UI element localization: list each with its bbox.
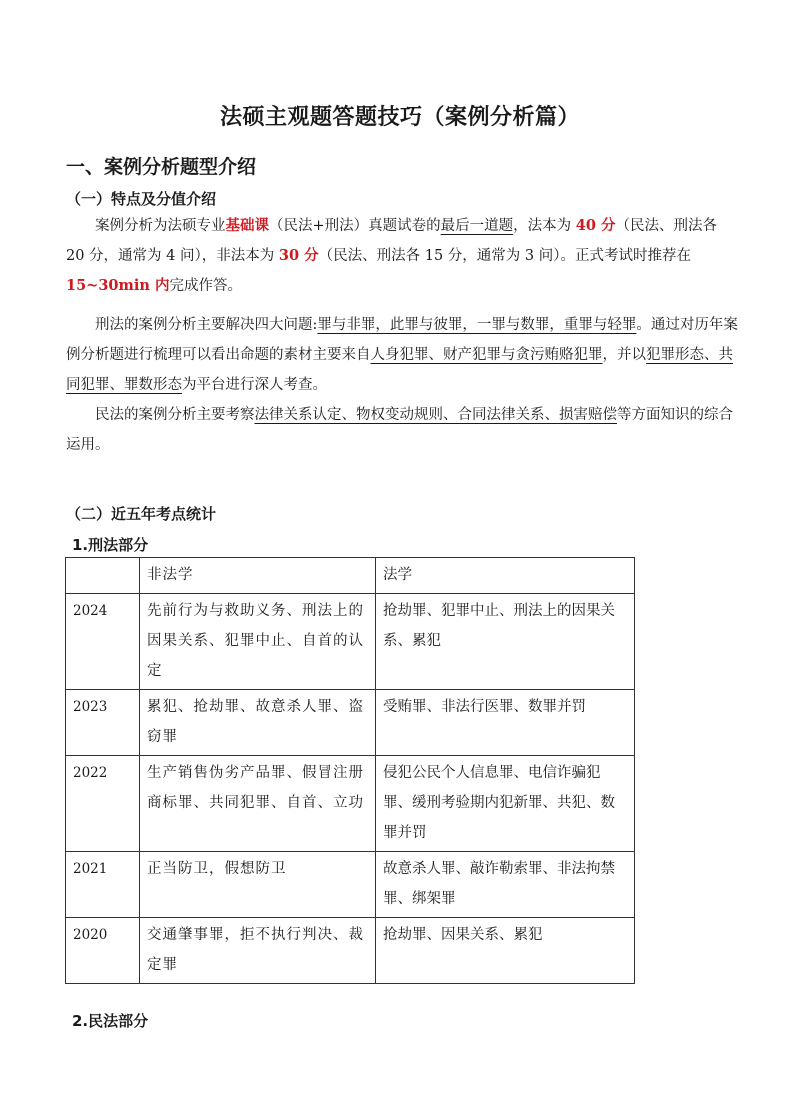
table-row: 2022 生产销售伪劣产品罪、假冒注册商标罪、共同犯罪、自首、立功 侵犯公民个人… (66, 756, 635, 852)
cell-law: 抢劫罪、因果关系、累犯 (376, 918, 635, 984)
text: （民法、刑法各 15 分，通常为 3 问）。正式考试时推荐在 (319, 248, 691, 264)
cell-year: 2020 (66, 918, 140, 984)
cell-year: 2022 (66, 756, 140, 852)
underline-civil-topics: 法律关系认定、物权变动规则、合同法律关系、损害赔偿 (255, 407, 618, 423)
underline-crime-sources: 人身犯罪、财产犯罪与贪污贿赂犯罪 (371, 347, 603, 363)
underline-last-question: 最后一道题 (441, 218, 514, 234)
cell-law: 故意杀人罪、敲诈勒索罪、非法拘禁罪、绑架罪 (376, 852, 635, 918)
cell-year: 2021 (66, 852, 140, 918)
text: ，法本为 (513, 218, 576, 234)
text: ，并以 (603, 347, 647, 363)
text: 案例分析为法硕专业 (95, 218, 226, 234)
section-heading-intro: 一、案例分析题型介绍 (66, 152, 256, 179)
cell-year: 2024 (66, 594, 140, 690)
header-cell-law: 法学 (376, 558, 635, 594)
table-row: 2021 正当防卫，假想防卫 故意杀人罪、敲诈勒索罪、非法拘禁罪、绑架罪 (66, 852, 635, 918)
table-row: 2020 交通肇事罪，拒不执行判决、裁定罪 抢劫罪、因果关系、累犯 (66, 918, 635, 984)
cell-non-law: 累犯、抢劫罪、故意杀人罪、盗窃罪 (140, 690, 376, 756)
text: 刑法的案例分析主要解决四大问题: (95, 317, 317, 333)
cell-law: 侵犯公民个人信息罪、电信诈骗犯罪、缓刑考验期内犯新罪、共犯、数罪并罚 (376, 756, 635, 852)
table-header-row: 非法学 法学 (66, 558, 635, 594)
paragraph-score-intro: 案例分析为法硕专业基础课（民法+刑法）真题试卷的最后一道题，法本为 40 分（民… (66, 211, 738, 301)
document-title: 法硕主观题答题技巧（案例分析篇） (0, 100, 800, 131)
part-heading-civil: 2.民法部分 (72, 1010, 148, 1031)
cell-law: 受贿罪、非法行医罪、数罪并罚 (376, 690, 635, 756)
text: 民法的案例分析主要考察 (95, 407, 255, 423)
paragraph-criminal-law: 刑法的案例分析主要解决四大问题:罪与非罪，此罪与彼罪，一罪与数罪，重罪与轻罪。通… (66, 310, 738, 460)
cell-non-law: 生产销售伪劣产品罪、假冒注册商标罪、共同犯罪、自首、立功 (140, 756, 376, 852)
header-cell-year (66, 558, 140, 594)
highlight-basic-course: 基础课 (226, 217, 270, 234)
cell-year: 2023 (66, 690, 140, 756)
text: 完成作答。 (169, 278, 242, 294)
header-cell-non-law: 非法学 (140, 558, 376, 594)
table-row: 2024 先前行为与救助义务、刑法上的因果关系、犯罪中止、自首的认定 抢劫罪、犯… (66, 594, 635, 690)
highlight-law-score: 40 分 (576, 217, 616, 234)
cell-non-law: 交通肇事罪，拒不执行判决、裁定罪 (140, 918, 376, 984)
part-heading-criminal: 1.刑法部分 (72, 534, 148, 555)
text: （民法+刑法）真题试卷的 (269, 218, 441, 234)
underline-four-issues: 罪与非罪，此罪与彼罪，一罪与数罪，重罪与轻罪 (317, 317, 636, 333)
text: 为平台进行深人考查。 (182, 377, 327, 393)
cell-non-law: 正当防卫，假想防卫 (140, 852, 376, 918)
cell-law: 抢劫罪、犯罪中止、刑法上的因果关系、累犯 (376, 594, 635, 690)
subsection-heading-stats: （二）近五年考点统计 (66, 503, 216, 524)
cell-non-law: 先前行为与救助义务、刑法上的因果关系、犯罪中止、自首的认定 (140, 594, 376, 690)
subsection-heading-features: （一）特点及分值介绍 (66, 188, 216, 209)
highlight-time: 15~30min 内 (66, 277, 169, 294)
criminal-law-topics-table: 非法学 法学 2024 先前行为与救助义务、刑法上的因果关系、犯罪中止、自首的认… (65, 557, 635, 984)
table-row: 2023 累犯、抢劫罪、故意杀人罪、盗窃罪 受贿罪、非法行医罪、数罪并罚 (66, 690, 635, 756)
highlight-nonlaw-score: 30 分 (279, 247, 319, 264)
